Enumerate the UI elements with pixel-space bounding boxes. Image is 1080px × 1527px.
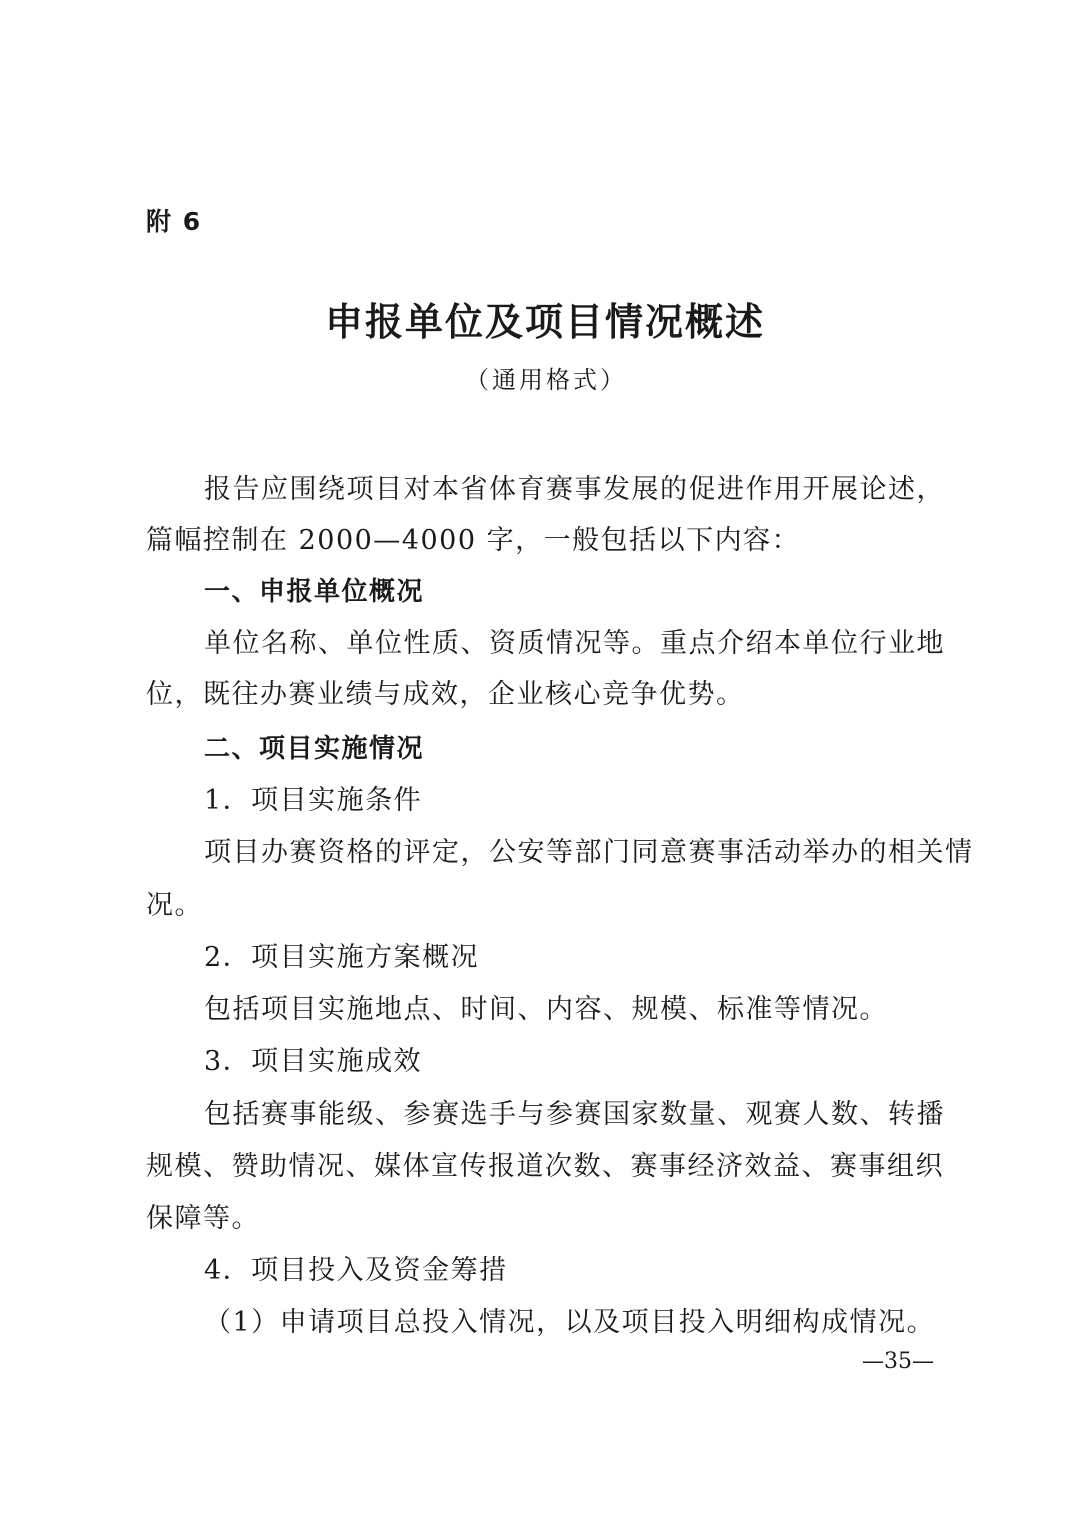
subsection-4-heading: 4．项目投入及资金筹措 [204, 1253, 508, 1289]
subsection-4-body-line-1: （1）申请项目总投入情况，以及项目投入明细构成情况。 [204, 1305, 935, 1341]
section-1-body-line-2: 位，既往办赛业绩与成效，企业核心竞争优势。 [146, 677, 745, 713]
page-number: —35— [862, 1344, 934, 1380]
intro-line-2: 篇幅控制在 2000—4000 字，一般包括以下内容： [146, 523, 800, 559]
section-1-body-line-1: 单位名称、单位性质、资质情况等。重点介绍本单位行业地 [204, 626, 945, 662]
intro-line-1: 报告应围绕项目对本省体育赛事发展的促进作用开展论述， [204, 472, 945, 508]
subsection-1-body-line-2: 况。 [146, 888, 203, 924]
document-title: 申报单位及项目情况概述 [0, 296, 1080, 348]
subsection-3-heading: 3．项目实施成效 [204, 1044, 422, 1080]
document-subtitle: （通用格式） [0, 362, 1080, 398]
section-1-heading: 一、申报单位概况 [204, 574, 424, 610]
subsection-1-body-line-1: 项目办赛资格的评定，公安等部门同意赛事活动举办的相关情 [204, 835, 974, 871]
subsection-2-body-line-1: 包括项目实施地点、时间、内容、规模、标准等情况。 [204, 992, 888, 1028]
section-2-heading: 二、项目实施情况 [204, 731, 424, 767]
document-page: 附 6 申报单位及项目情况概述 （通用格式） 报告应围绕项目对本省体育赛事发展的… [0, 0, 1080, 1527]
subsection-3-body-line-2: 规模、赞助情况、媒体宣传报道次数、赛事经济效益、赛事组织 [146, 1149, 944, 1185]
subsection-3-body-line-1: 包括赛事能级、参赛选手与参赛国家数量、观赛人数、转播 [204, 1097, 945, 1133]
subsection-3-body-line-3: 保障等。 [146, 1201, 260, 1237]
subsection-2-heading: 2．项目实施方案概况 [204, 940, 479, 976]
annex-label: 附 6 [146, 204, 202, 240]
subsection-1-heading: 1．项目实施条件 [204, 783, 422, 819]
